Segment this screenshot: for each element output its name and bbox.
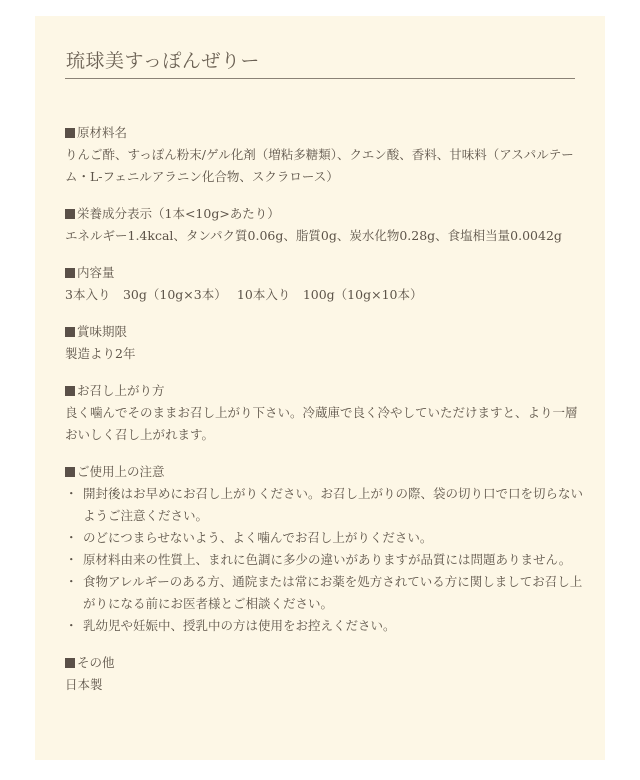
section-nutrition: 栄養成分表示（1本<10g>あたり） エネルギー1.4kcal、タンパク質0.0… [65,203,585,247]
square-bullet-icon [65,386,75,396]
product-info-panel: 琉球美すっぽんぜりー 原材料名 りんご酢、すっぽん粉末/ゲル化剤（増粘多糖類）、… [35,16,605,760]
expiry-text: 製造より2年 [65,343,585,365]
ingredients-text: りんご酢、すっぽん粉末/ゲル化剤（増粘多糖類）、クエン酸、香料、甘味料（アスパル… [65,144,585,188]
section-heading: 内容量 [65,262,585,284]
bullet-dot-icon: ・ [65,527,83,549]
section-heading: ご使用上の注意 [65,461,585,483]
section-other: その他 日本製 [65,652,585,696]
nutrition-text: エネルギー1.4kcal、タンパク質0.06g、脂質0g、炭水化物0.28g、食… [65,225,585,247]
product-details: 原材料名 りんご酢、すっぽん粉末/ゲル化剤（増粘多糖類）、クエン酸、香料、甘味料… [65,122,585,711]
how-to-eat-text: 良く噛んでそのままお召し上がり下さい。冷蔵庫で良く冷やしていただけますと、より一… [65,402,585,446]
list-item: ・食物アレルギーのある方、通院または常にお薬を処方されている方に関しましてお召し… [65,571,585,615]
list-item: ・乳幼児や妊娠中、授乳中の方は使用をお控えください。 [65,615,585,637]
square-bullet-icon [65,209,75,219]
section-contents: 内容量 3本入り 30g（10g×3本） 10本入り 100g（10g×10本） [65,262,585,306]
section-heading: お召し上がり方 [65,380,585,402]
section-ingredients: 原材料名 りんご酢、すっぽん粉末/ゲル化剤（増粘多糖類）、クエン酸、香料、甘味料… [65,122,585,188]
list-item: ・原材料由来の性質上、まれに色調に多少の違いがありますが品質には問題ありません。 [65,549,585,571]
section-heading: 栄養成分表示（1本<10g>あたり） [65,203,585,225]
title-divider [65,78,575,79]
square-bullet-icon [65,327,75,337]
section-heading: 原材料名 [65,122,585,144]
square-bullet-icon [65,658,75,668]
square-bullet-icon [65,268,75,278]
product-title: 琉球美すっぽんぜりー [66,46,260,73]
square-bullet-icon [65,467,75,477]
contents-text: 3本入り 30g（10g×3本） 10本入り 100g（10g×10本） [65,284,585,306]
section-how-to-eat: お召し上がり方 良く噛んでそのままお召し上がり下さい。冷蔵庫で良く冷やしていただ… [65,380,585,446]
bullet-dot-icon: ・ [65,483,83,505]
section-heading: 賞味期限 [65,321,585,343]
bullet-dot-icon: ・ [65,615,83,637]
list-item: ・のどにつまらせないよう、よく噛んでお召し上がりください。 [65,527,585,549]
square-bullet-icon [65,128,75,138]
section-heading: その他 [65,652,585,674]
section-expiry: 賞味期限 製造より2年 [65,321,585,365]
caution-list: ・開封後はお早めにお召し上がりください。お召し上がりの際、袋の切り口で口を切らな… [65,483,585,637]
origin-text: 日本製 [65,674,585,696]
bullet-dot-icon: ・ [65,549,83,571]
list-item: ・開封後はお早めにお召し上がりください。お召し上がりの際、袋の切り口で口を切らな… [65,483,585,527]
bullet-dot-icon: ・ [65,571,83,593]
section-cautions: ご使用上の注意 ・開封後はお早めにお召し上がりください。お召し上がりの際、袋の切… [65,461,585,637]
